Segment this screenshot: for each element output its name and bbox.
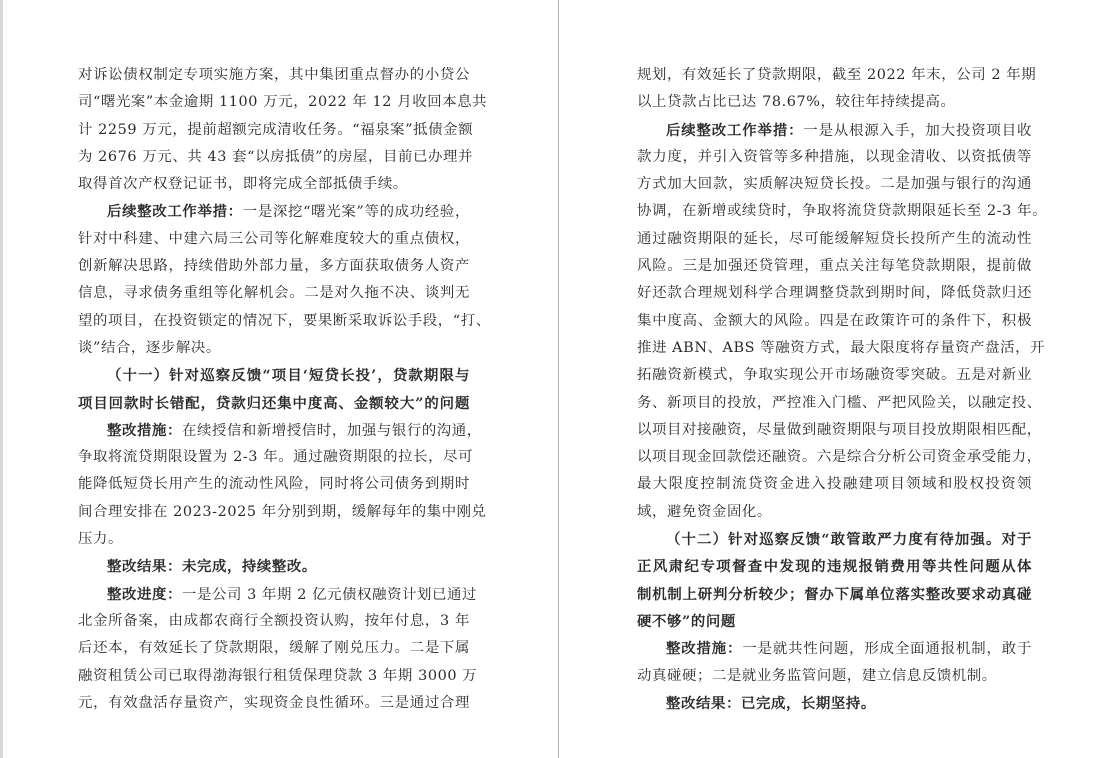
text-line: 信息，寻求债务重组等化解机会。二是对久拖不决、谈判无	[78, 280, 470, 307]
viewer-left-edge	[0, 0, 3, 758]
text-line: 以项目现金回款偿还融资。六是综合分析公司资金承受能力，	[637, 444, 1032, 471]
text-line: 针对中科建、中建六局三公司等化解难度较大的重点债权，	[78, 226, 470, 253]
text-line: 谈”结合，逐步解决。	[78, 335, 470, 362]
text-line: 整改措施：一是就共性问题，形成全面通报机制，敢于	[637, 635, 1032, 662]
line-text: 一是深挖“曙光案”等的成功经验，	[243, 204, 470, 220]
line-text: 以项目对接融资，尽量做到融资期限与项目投放期限相匹配，	[637, 422, 1042, 438]
document-page-left: 对诉讼债权制定专项实施方案，其中集团重点督办的小贷公司“曙光案”本金逾期 110…	[78, 62, 470, 717]
text-line: 最大限度控制流贷资金进入投融建项目领域和股权投资领	[637, 471, 1032, 498]
section-heading: （十一）针对巡察反馈“项目‘短贷长投’，贷款期限与	[107, 367, 470, 384]
line-text: 已完成，长期坚持。	[741, 695, 876, 712]
line-text: 一是就共性问题，形成全面通报机制，敢于	[742, 641, 1032, 657]
text-line: 取得首次产权登记证书，即将完成全部抵债手续。	[78, 171, 470, 198]
paragraph-label: 后续整改工作举措：	[666, 122, 803, 139]
text-line: 整改措施：在续授信和新增授信时，加强与银行的沟通，	[78, 417, 470, 444]
line-text: 协调，在新增或续贷时，争取将流贷贷款期限延长至 2-3 年。	[637, 203, 1047, 219]
line-text: 能降低短贷长用产生的流动性风险，同时将公司债务到期时	[78, 476, 470, 492]
line-text: 元，有效盘活存量资产，实现资金良性循环。三是通过合理	[78, 695, 470, 711]
text-line: 域，避免资金固化。	[637, 499, 1032, 526]
text-line: 规划，有效延长了贷款期限，截至 2022 年末，公司 2 年期	[637, 62, 1032, 89]
line-text: 拓融资新模式，争取实现公开市场融资零突破。五是对新业	[637, 367, 1032, 383]
section-heading: （十二）针对巡察反馈“敢管敢严力度有待加强。对于	[666, 531, 1032, 548]
line-text: 取得首次产权登记证书，即将完成全部抵债手续。	[78, 176, 408, 192]
text-line: 整改进度：一是公司 3 年期 2 亿元债权融资计划已通过	[78, 581, 470, 608]
line-text: 争取将流贷期限设置为 2-3 年。通过融资期限的拉长，尽可	[78, 449, 473, 465]
text-line: 司“曙光案”本金逾期 1100 万元，2022 年 12 月收回本息共	[78, 89, 470, 116]
section-heading-line: 正风肃纪专项督查中发现的违规报销费用等共性问题从体	[637, 553, 1032, 580]
text-line: 争取将流贷期限设置为 2-3 年。通过融资期限的拉长，尽可	[78, 444, 470, 471]
text-line: 后还本，有效延长了贷款期限，缓解了刚兑压力。二是下属	[78, 635, 470, 662]
line-text: 动真碰硬；二是就业务监管问题，建立信息反馈机制。	[637, 668, 997, 684]
section-heading: 正风肃纪专项督查中发现的违规报销费用等共性问题从体	[637, 558, 1032, 575]
text-line: 以项目对接融资，尽量做到融资期限与项目投放期限相匹配，	[637, 417, 1032, 444]
text-line: 融资租赁公司已取得渤海银行租赁保理贷款 3 年期 3000 万	[78, 663, 470, 690]
section-heading-line: 项目回款时长错配，贷款归还集中度高、金额较大”的问题	[78, 390, 470, 417]
text-line: 计 2259 万元，提前超额完成清收任务。“福泉案”抵债金额	[78, 117, 470, 144]
section-heading-line: （十一）针对巡察反馈“项目‘短贷长投’，贷款期限与	[78, 362, 470, 389]
section-heading-line: 制机制上研判分析较少；督办下属单位落实整改要求动真碰	[637, 581, 1032, 608]
text-line: 北金所备案，由成都农商行全额投资认购，按年付息，3 年	[78, 608, 470, 635]
text-line: 为 2676 万元、共 43 套“以房抵债”的房屋，目前已办理并	[78, 144, 470, 171]
line-text: 通过融资期限的延长，尽可能缓解短贷长投所产生的流动性	[637, 231, 1032, 247]
line-text: 规划，有效延长了贷款期限，截至 2022 年末，公司 2 年期	[637, 67, 1036, 83]
line-text: 好还款合理规划科学合理调整贷款到期时间，降低贷款归还	[637, 285, 1032, 301]
line-text: 风险。三是加强还贷管理，重点关注每笔贷款期限，提前做	[637, 258, 1032, 274]
section-heading: 项目回款时长错配，贷款归还集中度高、金额较大”的问题	[78, 395, 470, 412]
text-line: 务、新项目的投放，严控准入门槛、严把风险关，以融定投、	[637, 390, 1032, 417]
text-line: 以上贷款占比已达 78.67%，较往年持续提高。	[637, 89, 1032, 116]
line-text: 针对中科建、中建六局三公司等化解难度较大的重点债权，	[78, 231, 470, 247]
line-text: 创新解决思路，持续借助外部力量，多方面获取债务人资产	[78, 258, 470, 274]
text-line: 望的项目，在投资锁定的情况下，要果断采取诉讼手段，“打、	[78, 308, 470, 335]
text-line: 后续整改工作举措：一是深挖“曙光案”等的成功经验，	[78, 198, 470, 225]
text-line: 间合理安排在 2023-2025 年分别到期，缓解每年的集中刚兑	[78, 499, 470, 526]
text-line: 协调，在新增或续贷时，争取将流贷贷款期限延长至 2-3 年。	[637, 198, 1032, 225]
text-line: 好还款合理规划科学合理调整贷款到期时间，降低贷款归还	[637, 280, 1032, 307]
line-text: 一是公司 3 年期 2 亿元债权融资计划已通过	[182, 587, 477, 603]
line-text: 一是从根源入手，加大投资项目收	[803, 123, 1032, 139]
text-line: 元，有效盘活存量资产，实现资金良性循环。三是通过合理	[78, 690, 470, 717]
text-line: 款力度，并引入资管等多种措施，以现金清收、以资抵债等	[637, 144, 1032, 171]
text-line: 拓融资新模式，争取实现公开市场融资零突破。五是对新业	[637, 362, 1032, 389]
line-text: 北金所备案，由成都农商行全额投资认购，按年付息，3 年	[78, 613, 470, 629]
text-line: 创新解决思路，持续借助外部力量，多方面获取债务人资产	[78, 253, 470, 280]
line-text: 款力度，并引入资管等多种措施，以现金清收、以资抵债等	[637, 149, 1032, 165]
line-text: 融资租赁公司已取得渤海银行租赁保理贷款 3 年期 3000 万	[78, 668, 477, 684]
paragraph-label: 后续整改工作举措：	[107, 203, 243, 220]
line-text: 间合理安排在 2023-2025 年分别到期，缓解每年的集中刚兑	[78, 504, 487, 520]
line-text: 在续授信和新增授信时，加强与银行的沟通，	[182, 423, 482, 439]
line-text: 集中度高、金额大的风险。四是在政策许可的条件下，积极	[637, 313, 1032, 329]
text-line: 集中度高、金额大的风险。四是在政策许可的条件下，积极	[637, 308, 1032, 335]
paragraph-label: 整改结果：	[107, 558, 182, 575]
paragraph-label: 整改措施：	[666, 640, 742, 657]
section-heading-line: 硬不够”的问题	[637, 608, 1032, 635]
text-line: 风险。三是加强还贷管理，重点关注每笔贷款期限，提前做	[637, 253, 1032, 280]
line-text: 务、新项目的投放，严控准入门槛、严把风险关，以融定投、	[637, 395, 1042, 411]
line-text: 压力。	[78, 531, 123, 547]
text-line: 方式加大回款，实质解决短贷长投。二是加强与银行的沟通	[637, 171, 1032, 198]
text-line: 整改结果：已完成，长期坚持。	[637, 690, 1032, 717]
section-heading-line: （十二）针对巡察反馈“敢管敢严力度有待加强。对于	[637, 526, 1032, 553]
page-divider	[558, 0, 559, 758]
line-text: 谈”结合，逐步解决。	[78, 340, 221, 356]
document-page-right: 规划，有效延长了贷款期限，截至 2022 年末，公司 2 年期以上贷款占比已达 …	[637, 62, 1032, 717]
text-line: 能降低短贷长用产生的流动性风险，同时将公司债务到期时	[78, 471, 470, 498]
line-text: 域，避免资金固化。	[637, 504, 772, 520]
text-line: 对诉讼债权制定专项实施方案，其中集团重点督办的小贷公	[78, 62, 470, 89]
line-text: 后还本，有效延长了贷款期限，缓解了刚兑压力。二是下属	[78, 640, 470, 656]
text-line: 推进 ABN、ABS 等融资方式，最大限度将存量资产盘活，开	[637, 335, 1032, 362]
line-text: 未完成，持续整改。	[182, 558, 317, 575]
line-text: 推进 ABN、ABS 等融资方式，最大限度将存量资产盘活，开	[637, 340, 1045, 356]
line-text: 以项目现金回款偿还融资。六是综合分析公司资金承受能力，	[637, 449, 1042, 465]
line-text: 为 2676 万元、共 43 套“以房抵债”的房屋，目前已办理并	[78, 149, 473, 165]
line-text: 方式加大回款，实质解决短贷长投。二是加强与银行的沟通	[637, 176, 1032, 192]
section-heading: 硬不够”的问题	[637, 613, 736, 630]
text-line: 通过融资期限的延长，尽可能缓解短贷长投所产生的流动性	[637, 226, 1032, 253]
line-text: 司“曙光案”本金逾期 1100 万元，2022 年 12 月收回本息共	[78, 94, 487, 110]
paragraph-label: 整改措施：	[107, 422, 182, 439]
text-line: 后续整改工作举措：一是从根源入手，加大投资项目收	[637, 117, 1032, 144]
line-text: 对诉讼债权制定专项实施方案，其中集团重点督办的小贷公	[78, 67, 470, 83]
line-text: 以上贷款占比已达 78.67%，较往年持续提高。	[637, 94, 956, 110]
paragraph-label: 整改进度：	[107, 586, 182, 603]
line-text: 信息，寻求债务重组等化解机会。二是对久拖不决、谈判无	[78, 285, 470, 301]
paragraph-label: 整改结果：	[666, 695, 741, 712]
text-line: 压力。	[78, 526, 470, 553]
text-line: 整改结果：未完成，持续整改。	[78, 553, 470, 580]
text-line: 动真碰硬；二是就业务监管问题，建立信息反馈机制。	[637, 663, 1032, 690]
line-text: 最大限度控制流贷资金进入投融建项目领域和股权投资领	[637, 476, 1032, 492]
section-heading: 制机制上研判分析较少；督办下属单位落实整改要求动真碰	[637, 586, 1032, 603]
line-text: 望的项目，在投资锁定的情况下，要果断采取诉讼手段，“打、	[78, 313, 491, 329]
line-text: 计 2259 万元，提前超额完成清收任务。“福泉案”抵债金额	[78, 122, 473, 138]
